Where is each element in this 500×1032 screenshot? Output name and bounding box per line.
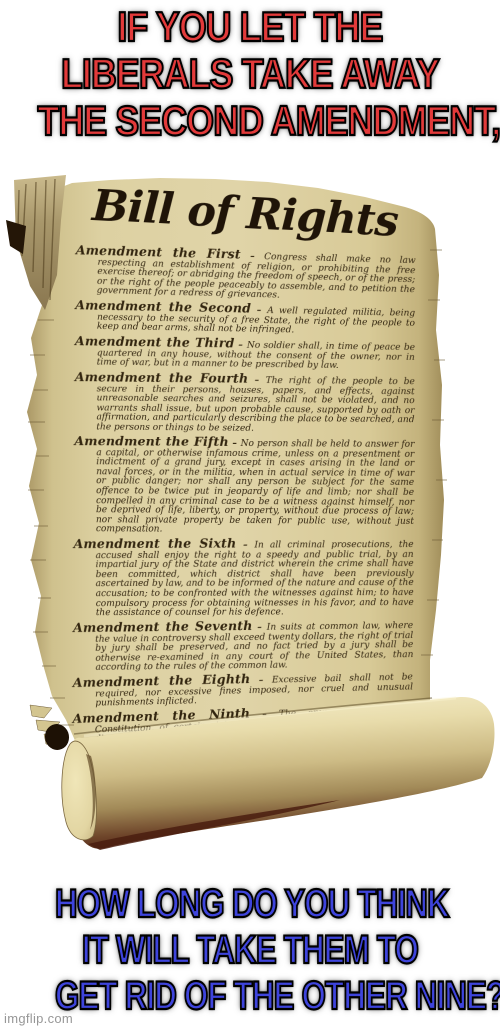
meme-canvas: IF YOU LET THE LIBERALS TAKE AWAY THE SE…	[0, 0, 500, 1032]
bottom-caption: HOW LONG DO YOU THINK IT WILL TAKE THEM …	[0, 881, 500, 1019]
caption-line: THE SECOND AMENDMENT,	[38, 97, 463, 144]
bill-of-rights-scroll: Bill of Rights Amendment the FirstCongre…	[0, 160, 500, 870]
caption-line: IF YOU LET THE	[38, 3, 463, 50]
top-caption: IF YOU LET THE LIBERALS TAKE AWAY THE SE…	[0, 3, 500, 144]
scroll-bottom-roll	[66, 697, 494, 849]
caption-line: IT WILL TAKE THEM TO	[55, 927, 445, 973]
caption-line: GET RID OF THE OTHER NINE?	[55, 973, 445, 1019]
caption-line: LIBERALS TAKE AWAY	[38, 50, 463, 97]
caption-line: HOW LONG DO YOU THINK	[55, 881, 445, 927]
scroll-roll-graphic	[0, 160, 500, 870]
